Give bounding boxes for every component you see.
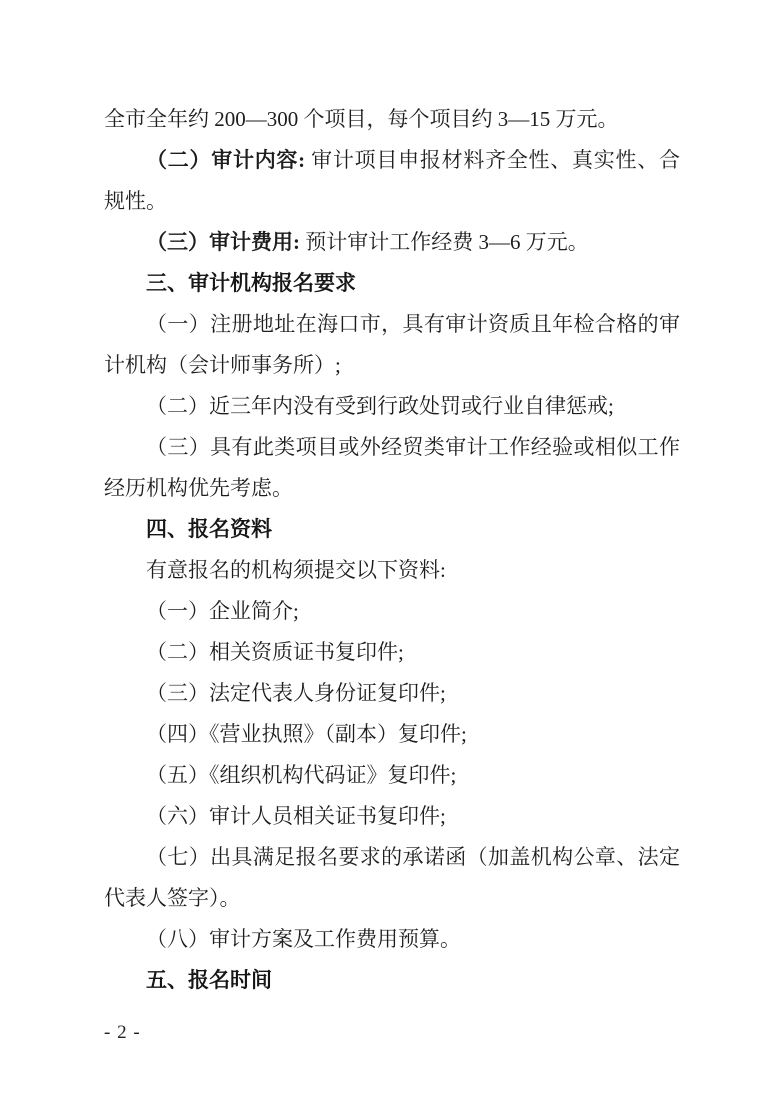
para-requirement-1-line2: 计机构（会计师事务所）; (104, 345, 680, 386)
list-item-8-audit-plan-budget: （八）审计方案及工作费用预算。 (104, 919, 680, 960)
para-materials-intro: 有意报名的机构须提交以下资料: (104, 550, 680, 591)
run-audit-content-label: （二）审计内容: (146, 148, 305, 172)
run-audit-fee-text: 预计审计工作经费 3—6 万元。 (300, 230, 589, 254)
para-audit-content-line2: 规性。 (104, 181, 680, 222)
list-item-7-commitment-letter-line1: （七）出具满足报名要求的承诺函（加盖机构公章、法定 (104, 837, 680, 878)
para-project-volume-continuation: 全市全年约 200—300 个项目，每个项目约 3—15 万元。 (104, 99, 680, 140)
heading-section-5-registration-time: 五、报名时间 (104, 960, 680, 1001)
list-item-2-qualification-certificates: （二）相关资质证书复印件; (104, 632, 680, 673)
para-requirement-2: （二）近三年内没有受到行政处罚或行业自律惩戒; (104, 386, 680, 427)
run-audit-content-text: 审计项目申报材料齐全性、真实性、合 (305, 148, 680, 172)
para-requirement-3-line2: 经历机构优先考虑。 (104, 468, 680, 509)
heading-section-3-agency-requirements: 三、审计机构报名要求 (104, 263, 680, 304)
para-requirement-3-line1: （三）具有此类项目或外经贸类审计工作经验或相似工作 (104, 427, 680, 468)
list-item-7-commitment-letter-line2: 代表人签字）。 (104, 878, 680, 919)
list-item-1-company-profile: （一）企业简介; (104, 591, 680, 632)
document-page: 全市全年约 200—300 个项目，每个项目约 3—15 万元。 （二）审计内容… (0, 0, 780, 1103)
run-audit-fee-label: （三）审计费用: (146, 230, 300, 254)
para-requirement-1-line1: （一）注册地址在海口市，具有审计资质且年检合格的审 (104, 304, 680, 345)
list-item-4-business-license: （四）《营业执照》（副本）复印件; (104, 714, 680, 755)
page-number: - 2 - (104, 1021, 141, 1045)
para-audit-fee: （三）审计费用: 预计审计工作经费 3—6 万元。 (104, 222, 680, 263)
document-body: 全市全年约 200—300 个项目，每个项目约 3—15 万元。 （二）审计内容… (104, 99, 680, 1001)
list-item-3-legal-representative-id: （三）法定代表人身份证复印件; (104, 673, 680, 714)
list-item-5-organization-code: （五）《组织机构代码证》复印件; (104, 755, 680, 796)
para-audit-content-line1: （二）审计内容: 审计项目申报材料齐全性、真实性、合 (104, 140, 680, 181)
heading-section-4-registration-materials: 四、报名资料 (104, 509, 680, 550)
list-item-6-auditor-certificates: （六）审计人员相关证书复印件; (104, 796, 680, 837)
